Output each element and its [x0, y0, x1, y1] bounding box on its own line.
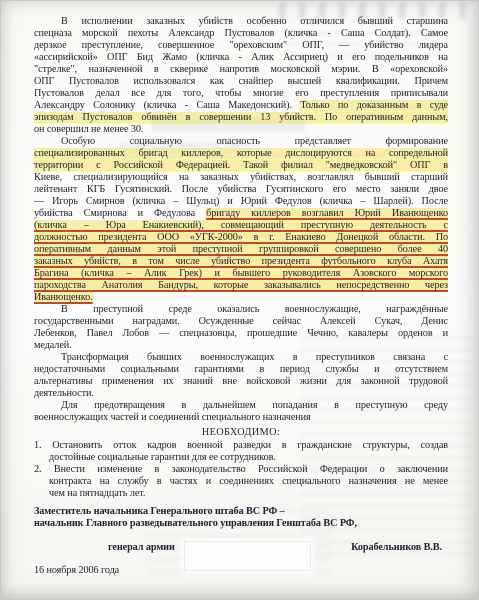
- text-segment: Заместитель начальника Генерального штаб…: [34, 506, 285, 517]
- highlighted-underlined-text: заказных убийств, в том числе убийство п…: [34, 256, 448, 267]
- text-segment: Пустовалов делал все для того, чтобы мно…: [34, 88, 448, 99]
- scanned-document-page: В исполнении заказных убийств особенно о…: [0, 0, 479, 600]
- highlighted-underlined-text: бригаду киллеров возглавил Юрий Иванющен…: [206, 208, 448, 219]
- para1-line1: В исполнении заказных убийств особенно о…: [34, 16, 448, 28]
- para2-line11: заказных убийств, в том числе убийство п…: [34, 256, 448, 268]
- para3-line4: медалей.: [34, 340, 448, 352]
- highlighted-underlined-text: пароходства Анатолия Бандуры, которые за…: [34, 280, 448, 291]
- list-item1-line1: 1. Остановить отток кадров военной разве…: [34, 440, 448, 452]
- para1-line3: дерзкое преступление, совершенное "орехо…: [34, 40, 448, 52]
- list-item1-line2: достойные социальные гарантии для ее сот…: [34, 452, 448, 464]
- highlighted-text: специализированных бригад киллеров, кото…: [34, 148, 448, 159]
- highlighted-underlined-text: Иванющенко.: [34, 292, 93, 303]
- para1-line8: Александру Солонику (кличка - Саша Макед…: [34, 100, 448, 112]
- list-item2-line1: 2. Внести изменение в законодательство Р…: [34, 464, 448, 476]
- para4-line3: альтернативы применения их знаний вне во…: [34, 376, 448, 388]
- highlighted-text: эпизодам Пустовалов обвинён в совершении…: [34, 112, 448, 123]
- text-segment: 16 ноября 2006 года: [34, 565, 119, 576]
- para3-line1: В преступной среде оказались военнослужа…: [34, 304, 448, 316]
- text-segment: деятельности.: [34, 388, 94, 399]
- para2-line14: Иванющенко.: [34, 292, 448, 304]
- text-segment: военнослужащих частей и соединений специ…: [34, 412, 311, 423]
- para1-line10: он совершил не менее 30.: [34, 124, 448, 136]
- text-segment: начальник Главного разведывательного упр…: [34, 518, 357, 529]
- text-segment: генерал армии: [108, 542, 175, 554]
- text-segment: государственными наградами. Осужденные с…: [34, 316, 448, 327]
- signature-title-line2: начальник Главного разведывательного упр…: [34, 518, 448, 530]
- list-item2-line2: контракта на службу в частях и соединени…: [34, 476, 448, 488]
- text-segment: Трансформация бывших военнослужащих в пр…: [61, 352, 448, 363]
- para2-line13: пароходства Анатолия Бандуры, которые за…: [34, 280, 448, 292]
- highlighted-underlined-text: (кличка – Юра Енакиевский), совмещающий …: [34, 220, 448, 231]
- text-segment: Для предотвращения в дальнейшем попадани…: [61, 400, 448, 411]
- para1-line2: спецназа морской пехоты Александр Пустов…: [34, 28, 448, 40]
- text-segment: Лебенков, Павел Лобов — спецназовцы, про…: [34, 328, 448, 339]
- text-segment: Особую социальную опасность представляет…: [61, 136, 448, 147]
- text-segment: альтернативы применения их знаний вне во…: [34, 376, 448, 387]
- para4-line2: недостаточными социальными гарантиями в …: [34, 364, 448, 376]
- text-segment: он совершил не менее 30.: [34, 124, 143, 135]
- para3-line3: Лебенков, Павел Лобов — спецназовцы, про…: [34, 328, 448, 340]
- signature-row: генерал армииКорабельников В.В.: [34, 542, 448, 554]
- text-segment: недостаточными социальными гарантиями в …: [34, 364, 448, 375]
- highlighted-underlined-text: Брагина (кличка – Алик Грек) и бывшего р…: [34, 268, 448, 279]
- text-segment: чем на пятнадцать лет.: [49, 488, 145, 499]
- text-segment: дерзкое преступление, совершенное "орехо…: [34, 40, 448, 51]
- text-segment: 1. Остановить отток кадров военной разве…: [34, 440, 448, 451]
- para2-line6: — Игорь Смирнов (кличка – Шульц) и Юрий …: [34, 196, 448, 208]
- para2-line4: Киеве, специализирующийся на заказных уб…: [34, 172, 448, 184]
- para4-line1: Трансформация бывших военнослужащих в пр…: [34, 352, 448, 364]
- para5-line1: Для предотвращения в дальнейшем попадани…: [34, 400, 448, 412]
- para1-line7: Пустовалов делал все для того, чтобы мно…: [34, 88, 448, 100]
- para2-line5: лейтенант КГБ Гусятинский. После убийств…: [34, 184, 448, 196]
- para2-line8: (кличка – Юра Енакиевский), совмещающий …: [34, 220, 448, 232]
- document-text: В исполнении заказных убийств особенно о…: [34, 16, 448, 577]
- text-segment: Киеве, специализирующийся на заказных уб…: [34, 172, 448, 183]
- date-line: 16 ноября 2006 года: [34, 565, 448, 577]
- text-segment: ОПГ Пустовалов использовался как снайпер…: [34, 76, 448, 87]
- para1-line6: ОПГ Пустовалов использовался как снайпер…: [34, 76, 448, 88]
- para2-line2: специализированных бригад киллеров, кото…: [34, 148, 448, 160]
- text-segment: В преступной среде оказались военнослужа…: [61, 304, 448, 315]
- para2-line9: должностью президента ООО «УГК-2000» в г…: [34, 232, 448, 244]
- para2-line7: убийства Смирнова и Федулова бригаду кил…: [34, 208, 448, 220]
- text-segment: лейтенант КГБ Гусятинский. После убийств…: [34, 184, 448, 195]
- text-segment: — Игорь Смирнов (кличка – Шульц) и Юрий …: [34, 196, 448, 207]
- signature-title-line1: Заместитель начальника Генерального штаб…: [34, 506, 448, 518]
- highlighted-underlined-text: должностью президента ООО «УГК-2000» в г…: [34, 232, 448, 243]
- para2-line10: оперативным данным этой преступной групп…: [34, 244, 448, 256]
- text-segment: "стрелке", назначенной в скверике напрот…: [34, 64, 448, 75]
- text-segment: 2. Внести изменение в законодательство Р…: [34, 464, 448, 475]
- text-segment: НЕОБХОДИМО:: [202, 427, 280, 438]
- text-segment: Александру Солонику (кличка - Саша Макед…: [34, 100, 300, 111]
- text-segment: «ассирийской» ОПГ Бид Жамо (кличка - Али…: [34, 52, 448, 63]
- text-segment: контракта на службу в частях и соединени…: [49, 476, 448, 487]
- text-segment: Корабельников В.В.: [351, 542, 442, 554]
- para1-line5: "стрелке", назначенной в скверике напрот…: [34, 64, 448, 76]
- text-segment: достойные социальные гарантии для ее сот…: [49, 452, 276, 463]
- para5-line2: военнослужащих частей и соединений специ…: [34, 412, 448, 424]
- para4-line4: деятельности.: [34, 388, 448, 400]
- para2-line12: Брагина (кличка – Алик Грек) и бывшего р…: [34, 268, 448, 280]
- text-segment: В исполнении заказных убийств особенно о…: [61, 16, 448, 27]
- highlighted-underlined-text: оперативным данным этой преступной групп…: [34, 244, 448, 255]
- para1-line9: эпизодам Пустовалов обвинён в совершении…: [34, 112, 448, 124]
- para2-line3: территории с Российской Федерацией. Тако…: [34, 160, 448, 172]
- para1-line4: «ассирийской» ОПГ Бид Жамо (кличка - Али…: [34, 52, 448, 64]
- text-segment: убийства Смирнова и Федулова: [34, 208, 206, 219]
- para3-line2: государственными наградами. Осужденные с…: [34, 316, 448, 328]
- highlighted-text: территории с Российской Федерацией. Тако…: [34, 160, 448, 171]
- heading-necessary: НЕОБХОДИМО:: [34, 427, 448, 439]
- highlighted-text: Только по доказанным в суде: [300, 100, 448, 111]
- list-item2-line3: чем на пятнадцать лет.: [34, 488, 448, 500]
- text-segment: медалей.: [34, 340, 72, 351]
- para2-line1: Особую социальную опасность представляет…: [34, 136, 448, 148]
- text-segment: спецназа морской пехоты Александр Пустов…: [34, 28, 448, 39]
